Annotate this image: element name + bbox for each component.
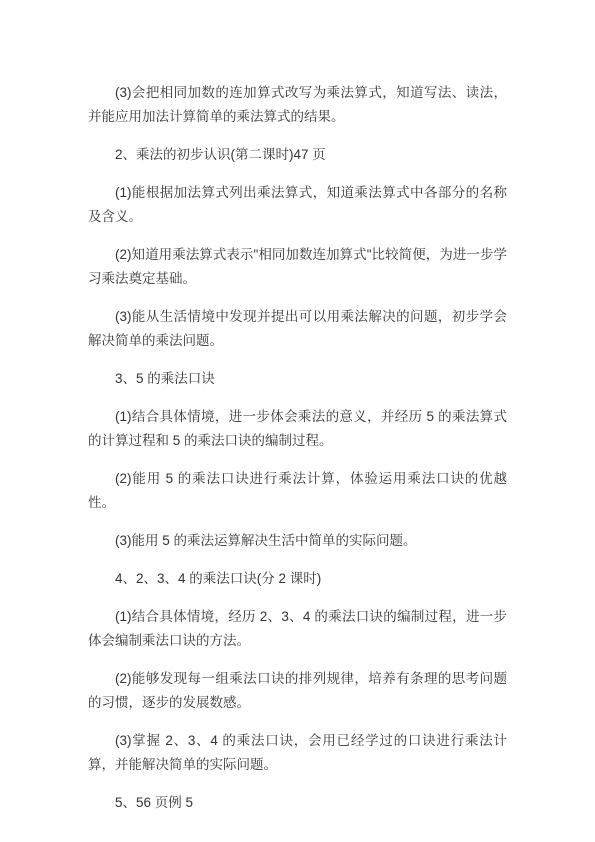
paragraph-objective-1-234-table-process: (1)结合具体情境，经历 2、3、4 的乘法口诀的编制过程，进一步体会编制乘法口… — [88, 605, 507, 653]
document-page: (3)会把相同加数的连加算式改写为乘法算式，知道写法、读法，并能应用加法计算简单… — [0, 0, 595, 842]
paragraph-objective-2-five-table-use: (2)能用 5 的乘法口诀进行乘法计算，体验运用乘法口诀的优越性。 — [88, 467, 507, 515]
paragraph-objective-1-list-multiplication: (1)能根据加法算式列出乘法算式，知道乘法算式中各部分的名称及含义。 — [88, 181, 507, 229]
paragraph-objective-3-life-problems: (3)能从生活情境中发现并提出可以用乘法解决的问题，初步学会解决简单的乘法问题。 — [88, 305, 507, 353]
paragraph-section-3-title: 3、5 的乘法口诀 — [88, 367, 507, 391]
paragraph-section-5-title: 5、56 页例 5 — [88, 791, 507, 815]
paragraph-objective-3-234-table-master: (3)掌握 2、3、4 的乘法口诀，会用已经学过的口诀进行乘法计算，并能解决简单… — [88, 729, 507, 777]
paragraph-section-4-title: 4、2、3、4 的乘法口诀(分 2 课时) — [88, 567, 507, 591]
paragraph-objective-3-five-table-apply: (3)能用 5 的乘法运算解决生活中简单的实际问题。 — [88, 529, 507, 553]
paragraph-section-2-title: 2、乘法的初步认识(第二课时)47 页 — [88, 143, 507, 167]
paragraph-objective-1-five-table-process: (1)结合具体情境，进一步体会乘法的意义，并经历 5 的乘法算式的计算过程和 5… — [88, 405, 507, 453]
paragraph-objective-2-234-table-pattern: (2)能够发现每一组乘法口诀的排列规律，培养有条理的思考问题的习惯，逐步的发展数… — [88, 667, 507, 715]
paragraph-objective-2-simpler-expression: (2)知道用乘法算式表示"相同加数连加算式"比较简便，为进一步学习乘法奠定基础。 — [88, 243, 507, 291]
paragraph-objective-3-addition-to-multiplication: (3)会把相同加数的连加算式改写为乘法算式，知道写法、读法，并能应用加法计算简单… — [88, 81, 507, 129]
